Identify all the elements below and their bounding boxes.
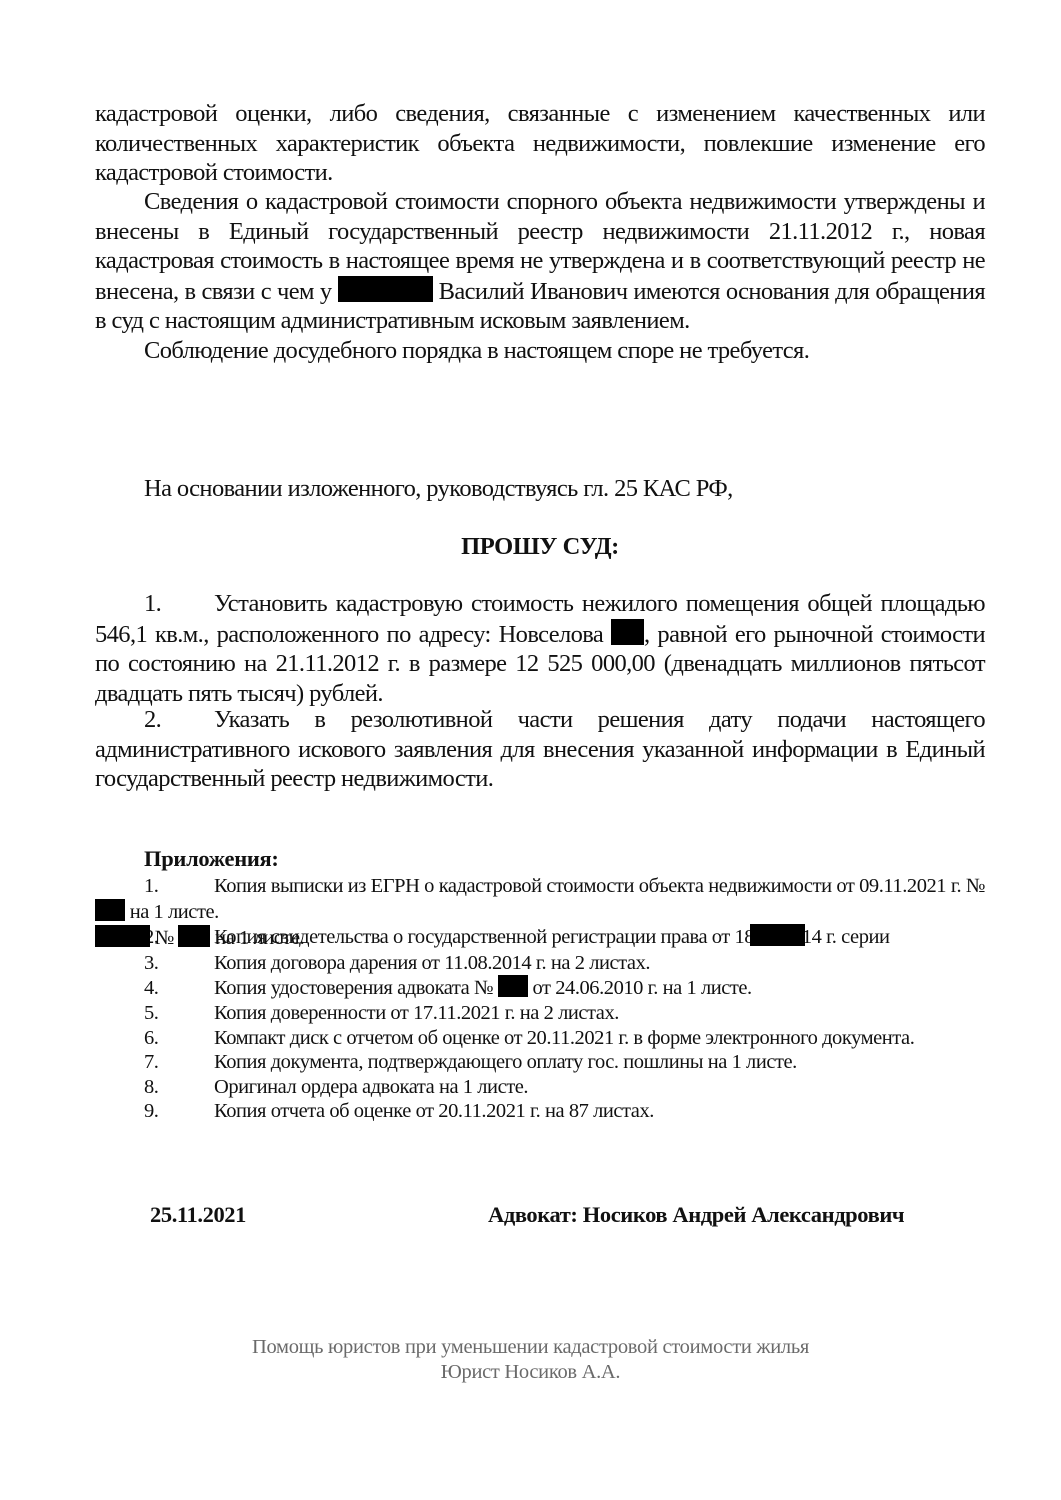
paragraph-cadastral-info: Сведения о кадастровой стоимости спорног…	[95, 187, 985, 336]
attachments-heading: Приложения:	[144, 846, 279, 872]
paragraph-continuation: кадастровой оценки, либо сведения, связа…	[95, 99, 985, 188]
signature-signer: Адвокат: Носиков Андрей Александрович	[488, 1202, 904, 1228]
redaction-block	[750, 924, 805, 946]
attachment-item: 3.Копия договора дарения от 11.08.2014 г…	[95, 951, 985, 976]
attachment-item: 7.Копия документа, подтверждающего оплат…	[95, 1050, 985, 1075]
redaction-block	[498, 975, 528, 997]
redaction-block	[338, 276, 433, 302]
attachment-item: 6.Компакт диск с отчетом об оценке от 20…	[95, 1026, 985, 1051]
attachment-item: 1.Копия выписки из ЕГРН о кадастровой ст…	[95, 874, 985, 924]
prayer-heading: ПРОШУ СУД:	[95, 533, 985, 561]
redaction-block	[95, 925, 150, 947]
paragraph-group: Сведения о кадастровой стоимости спорног…	[95, 187, 985, 365]
redaction-block	[95, 899, 125, 921]
attachment-item: 8.Оригинал ордера адвоката на 1 листе.	[95, 1075, 985, 1100]
attachment-item: 4.Копия удостоверения адвоката № от 24.0…	[95, 975, 985, 1001]
attachments-list: 1.Копия выписки из ЕГРН о кадастровой ст…	[95, 874, 985, 1124]
footer-line-2: Юрист Носиков А.А.	[0, 1360, 1061, 1385]
paragraph-pretrial: Соблюдение досудебного порядка в настоящ…	[95, 336, 985, 366]
signature-date: 25.11.2021	[150, 1202, 246, 1228]
redaction-block	[611, 619, 644, 645]
footer-line-1: Помощь юристов при уменьшении кадастрово…	[0, 1335, 1061, 1360]
prayer-item: 2.Указать в резолютивной части решения д…	[95, 705, 985, 794]
redaction-block	[178, 925, 210, 947]
paragraph-basis: На основании изложенного, руководствуясь…	[144, 474, 733, 504]
prayer-item: 1.Установить кадастровую стоимость нежил…	[95, 589, 985, 708]
page-footer: Помощь юристов при уменьшении кадастрово…	[0, 1335, 1061, 1384]
attachment-item: 9.Копия отчета об оценке от 20.11.2021 г…	[95, 1099, 985, 1124]
attachment-item: 5.Копия доверенности от 17.11.2021 г. на…	[95, 1001, 985, 1026]
